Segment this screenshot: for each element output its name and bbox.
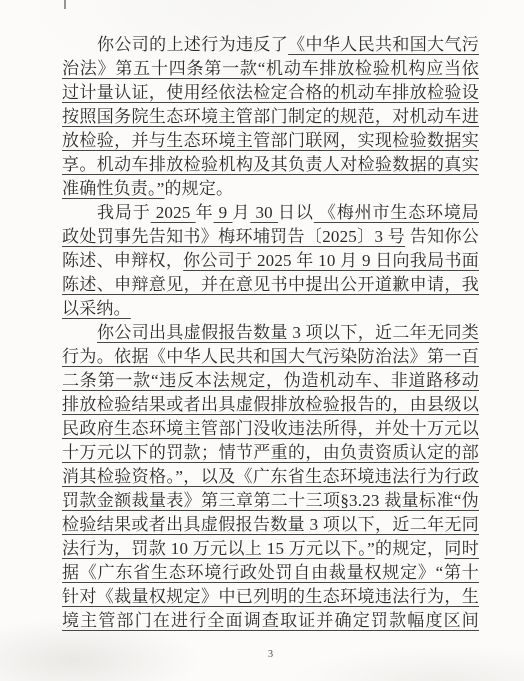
text-line: 我局于 2025 年 9 月 30 日以 《梅州市生态环境局行 bbox=[62, 201, 479, 225]
text-line: 陈述、申辩权，你公司于 2025 年 10 月 9 日向我局书面提出 bbox=[62, 249, 479, 273]
text-line: 享。机动车排放检验机构及其负责人对检验数据的真实性和 bbox=[62, 153, 479, 177]
underlined-citation: 享。机动车排放检验机构及其负责人对检验数据的真实性和 bbox=[62, 155, 479, 177]
text-line: 准确性负责。”的规定。 bbox=[62, 177, 479, 201]
underlined-citation: 按照国务院生态环境主管部门制定的规范，对机动车进行排 bbox=[62, 107, 479, 129]
underlined-citation: 准确性负责。” bbox=[62, 179, 164, 198]
text-line: 治法》第五十四条第一款“机动车排放检验机构应当依法通 bbox=[62, 57, 479, 81]
underlined-citation: 排放检验结果或者出具虚假排放检验报告的，由县级以上人 bbox=[62, 395, 479, 417]
text-line: 按照国务院生态环境主管部门制定的规范，对机动车进行排 bbox=[62, 105, 479, 129]
text-line: 十万元以下的罚款；情节严重的，由负责资质认定的部门取 bbox=[62, 441, 479, 465]
underlined-citation: 针对《裁量权规定》中已列明的生态环境违法行为，生态环 bbox=[62, 587, 479, 609]
underlined-citation: 过计量认证，使用经依法检定合格的机动车排放检验设备， bbox=[62, 83, 479, 105]
text-line: 你公司出具虚假报告数量 3 项以下，近二年无同类违法 bbox=[62, 321, 479, 345]
underlined-citation: 罚款金额裁量表》第三章第二十三项§3.23 裁量标准“伪造 bbox=[62, 491, 479, 513]
text-line: 据《广东省生态环境行政处罚自由裁量权规定》“第十二条 bbox=[62, 561, 479, 585]
underlined-citation: 以采纳。 bbox=[62, 299, 131, 318]
text-line: 你公司的上述行为违反了《中华人民共和国大气污染防 bbox=[62, 33, 479, 57]
text-line: 民政府生态环境主管部门没收违法所得，并处十万元以上五 bbox=[62, 417, 479, 441]
document-text-block: 你公司的上述行为违反了《中华人民共和国大气污染防 治法》第五十四条第一款“机动车… bbox=[62, 33, 479, 633]
text-line: 排放检验结果或者出具虚假排放检验报告的，由县级以上人 bbox=[62, 393, 479, 417]
date-blank-year: 2025 bbox=[151, 203, 196, 222]
text-line: 针对《裁量权规定》中已列明的生态环境违法行为，生态环 bbox=[62, 585, 479, 609]
underlined-citation: 民政府生态环境主管部门没收违法所得，并处十万元以上五 bbox=[62, 419, 479, 441]
text-segment: 月 bbox=[232, 203, 250, 222]
text-segment: 你公司的上述行为违反了 bbox=[97, 35, 288, 54]
underlined-citation: 法行为，罚款 10 万元以上 15 万元以下。” bbox=[62, 539, 375, 558]
underlined-citation: 政处罚事先告知书》梅环埔罚告〔2025〕3 号 bbox=[62, 227, 405, 246]
underlined-citation: 你公司出具虚假报告数量 3 项以下，近二年无同类违法 bbox=[62, 323, 479, 345]
underlined-citation: 检验结果或者出具虚假报告数量 3 项以下，近二年无同类违 bbox=[62, 515, 479, 537]
underlined-citation: 治法》第五十四条第一款“机动车排放检验机构应当依法通 bbox=[62, 59, 479, 81]
text-line: 境主管部门在进行全面调查取证并确定罚款幅度区间后，除 bbox=[62, 609, 479, 633]
text-segment: 年 bbox=[196, 203, 214, 222]
text-segment: 的规定。 bbox=[164, 179, 233, 198]
scan-artifact bbox=[64, 0, 66, 9]
text-segment: 我局于 bbox=[97, 203, 151, 222]
underlined-citation: 消其检验资格。”，以及《广东省生态环境违法行为行政处罚 bbox=[62, 467, 479, 489]
text-segment: 的规定， bbox=[375, 539, 445, 558]
text-line: 消其检验资格。”，以及《广东省生态环境违法行为行政处罚 bbox=[62, 465, 479, 489]
text-line: 陈述、申辩意见，并在意见书中提出公开道歉申请，我局予 bbox=[62, 273, 479, 297]
date-blank-day: 30 bbox=[250, 203, 278, 222]
text-line: 二条第一款“违反本法规定，伪造机动车、非道路移动机械 bbox=[62, 369, 479, 393]
underlined-citation: 据《广东省生态环境行政处罚自由裁量权规定》“第十二条 bbox=[62, 563, 479, 585]
text-line: 检验结果或者出具虚假报告数量 3 项以下，近二年无同类违 bbox=[62, 513, 479, 537]
underlined-citation: 放检验，并与生态环境主管部门联网，实现检验数据实时共 bbox=[62, 131, 479, 153]
text-line: 政处罚事先告知书》梅环埔罚告〔2025〕3 号 告知你公司有 bbox=[62, 225, 479, 249]
text-line: 放检验，并与生态环境主管部门联网，实现检验数据实时共 bbox=[62, 129, 479, 153]
underlined-citation: 十万元以下的罚款；情节严重的，由负责资质认定的部门取 bbox=[62, 443, 479, 465]
underlined-citation: 行为。依据《中华人民共和国大气污染防治法》第一百一十 bbox=[62, 347, 479, 369]
date-blank-month: 9 bbox=[214, 203, 233, 222]
text-line: 罚款金额裁量表》第三章第二十三项§3.23 裁量标准“伪造 bbox=[62, 489, 479, 513]
document-page: 你公司的上述行为违反了《中华人民共和国大气污染防 治法》第五十四条第一款“机动车… bbox=[0, 0, 524, 681]
underlined-citation: 二条第一款“违反本法规定，伪造机动车、非道路移动机械 bbox=[62, 371, 479, 393]
text-line: 法行为，罚款 10 万元以上 15 万元以下。”的规定，同时依 bbox=[62, 537, 479, 561]
text-line: 过计量认证，使用经依法检定合格的机动车排放检验设备， bbox=[62, 81, 479, 105]
underlined-citation: 境主管部门在进行全面调查取证并确定罚款幅度区间后，除 bbox=[62, 611, 479, 633]
text-segment: 日以 bbox=[278, 203, 314, 222]
underlined-citation: 陈述、申辩意见，并在意见书中提出公开道歉申请，我局予 bbox=[62, 275, 479, 297]
text-line: 以采纳。 bbox=[62, 297, 479, 321]
page-number: 3 bbox=[62, 649, 479, 660]
text-line: 行为。依据《中华人民共和国大气污染防治法》第一百一十 bbox=[62, 345, 479, 369]
text-segment: 陈述、申辩权， bbox=[62, 251, 183, 270]
